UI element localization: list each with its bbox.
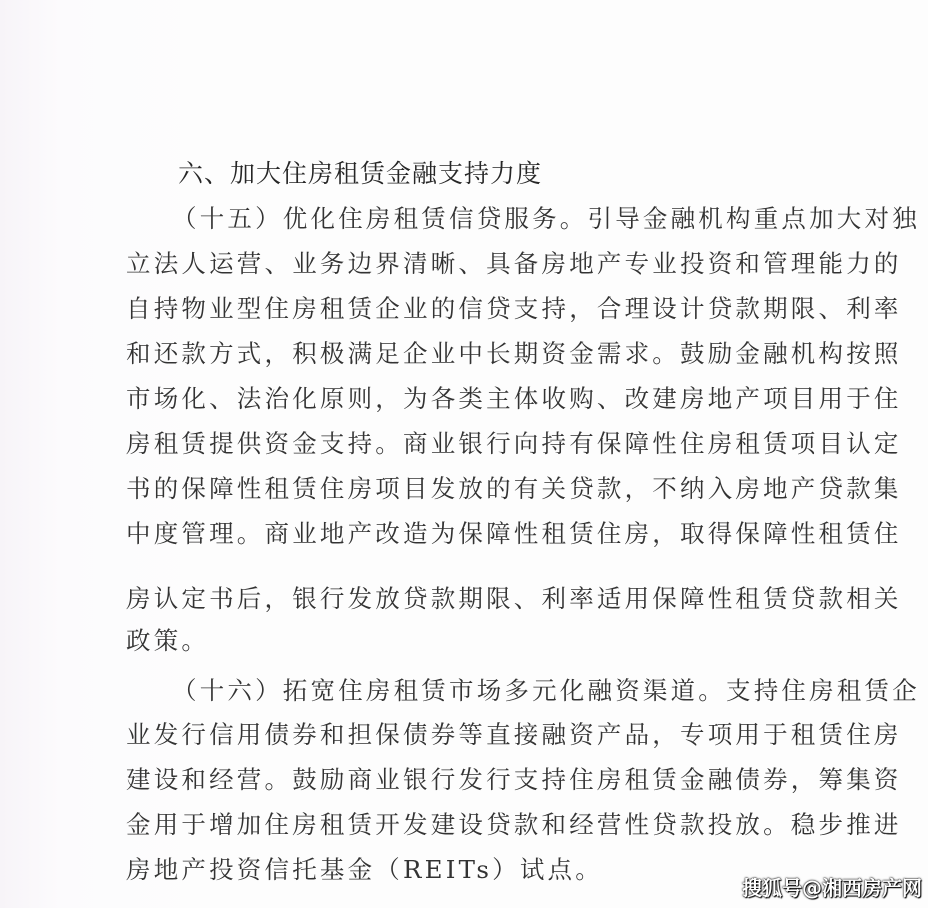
paragraph-line: 建设和经营。鼓励商业银行发行支持住房租赁金融债券，筹集资 — [126, 761, 902, 796]
paragraph-line: 房地产投资信托基金（REITs）试点。 — [126, 851, 603, 886]
paragraph-line: 书的保障性租赁住房项目发放的有关贷款，不纳入房地产贷款集 — [126, 470, 902, 505]
document-page: 六、加大住房租赁金融支持力度 （十五）优化住房租赁信贷服务。引导金融机构重点加大… — [0, 0, 928, 908]
paragraph-line: 金用于增加住房租赁开发建设贷款和经营性贷款投放。稳步推进 — [126, 806, 902, 841]
watermark-text: 搜狐号@湘西房产网 — [742, 872, 922, 901]
paragraph-line: 中度管理。商业地产改造为保障性租赁住房，取得保障性租赁住 — [126, 515, 902, 550]
paragraph-line: 立法人运营、业务边界清晰、具备房地产专业投资和管理能力的 — [126, 245, 902, 280]
paragraph-line: 房认定书后，银行发放贷款期限、利率适用保障性租赁贷款相关 — [126, 580, 902, 615]
paragraph-line: 和还款方式，积极满足企业中长期资金需求。鼓励金融机构按照 — [126, 335, 902, 370]
paragraph-line: 业发行信用债券和担保债券等直接融资产品，专项用于租赁住房 — [126, 716, 902, 751]
paragraph-line: 市场化、法治化原则，为各类主体收购、改建房地产项目用于住 — [126, 380, 902, 415]
paragraph-line: 自持物业型住房租赁企业的信贷支持，合理设计贷款期限、利率 — [126, 290, 902, 325]
paragraph-line: （十六）拓宽住房租赁市场多元化融资渠道。支持住房租赁企 — [172, 672, 920, 707]
paragraph-line: 房租赁提供资金支持。商业银行向持有保障性住房租赁项目认定 — [126, 425, 902, 460]
paragraph-line: 政策。 — [126, 622, 209, 657]
section-heading: 六、加大住房租赁金融支持力度 — [178, 154, 542, 190]
paragraph-line: （十五）优化住房租赁信贷服务。引导金融机构重点加大对独 — [172, 200, 920, 235]
